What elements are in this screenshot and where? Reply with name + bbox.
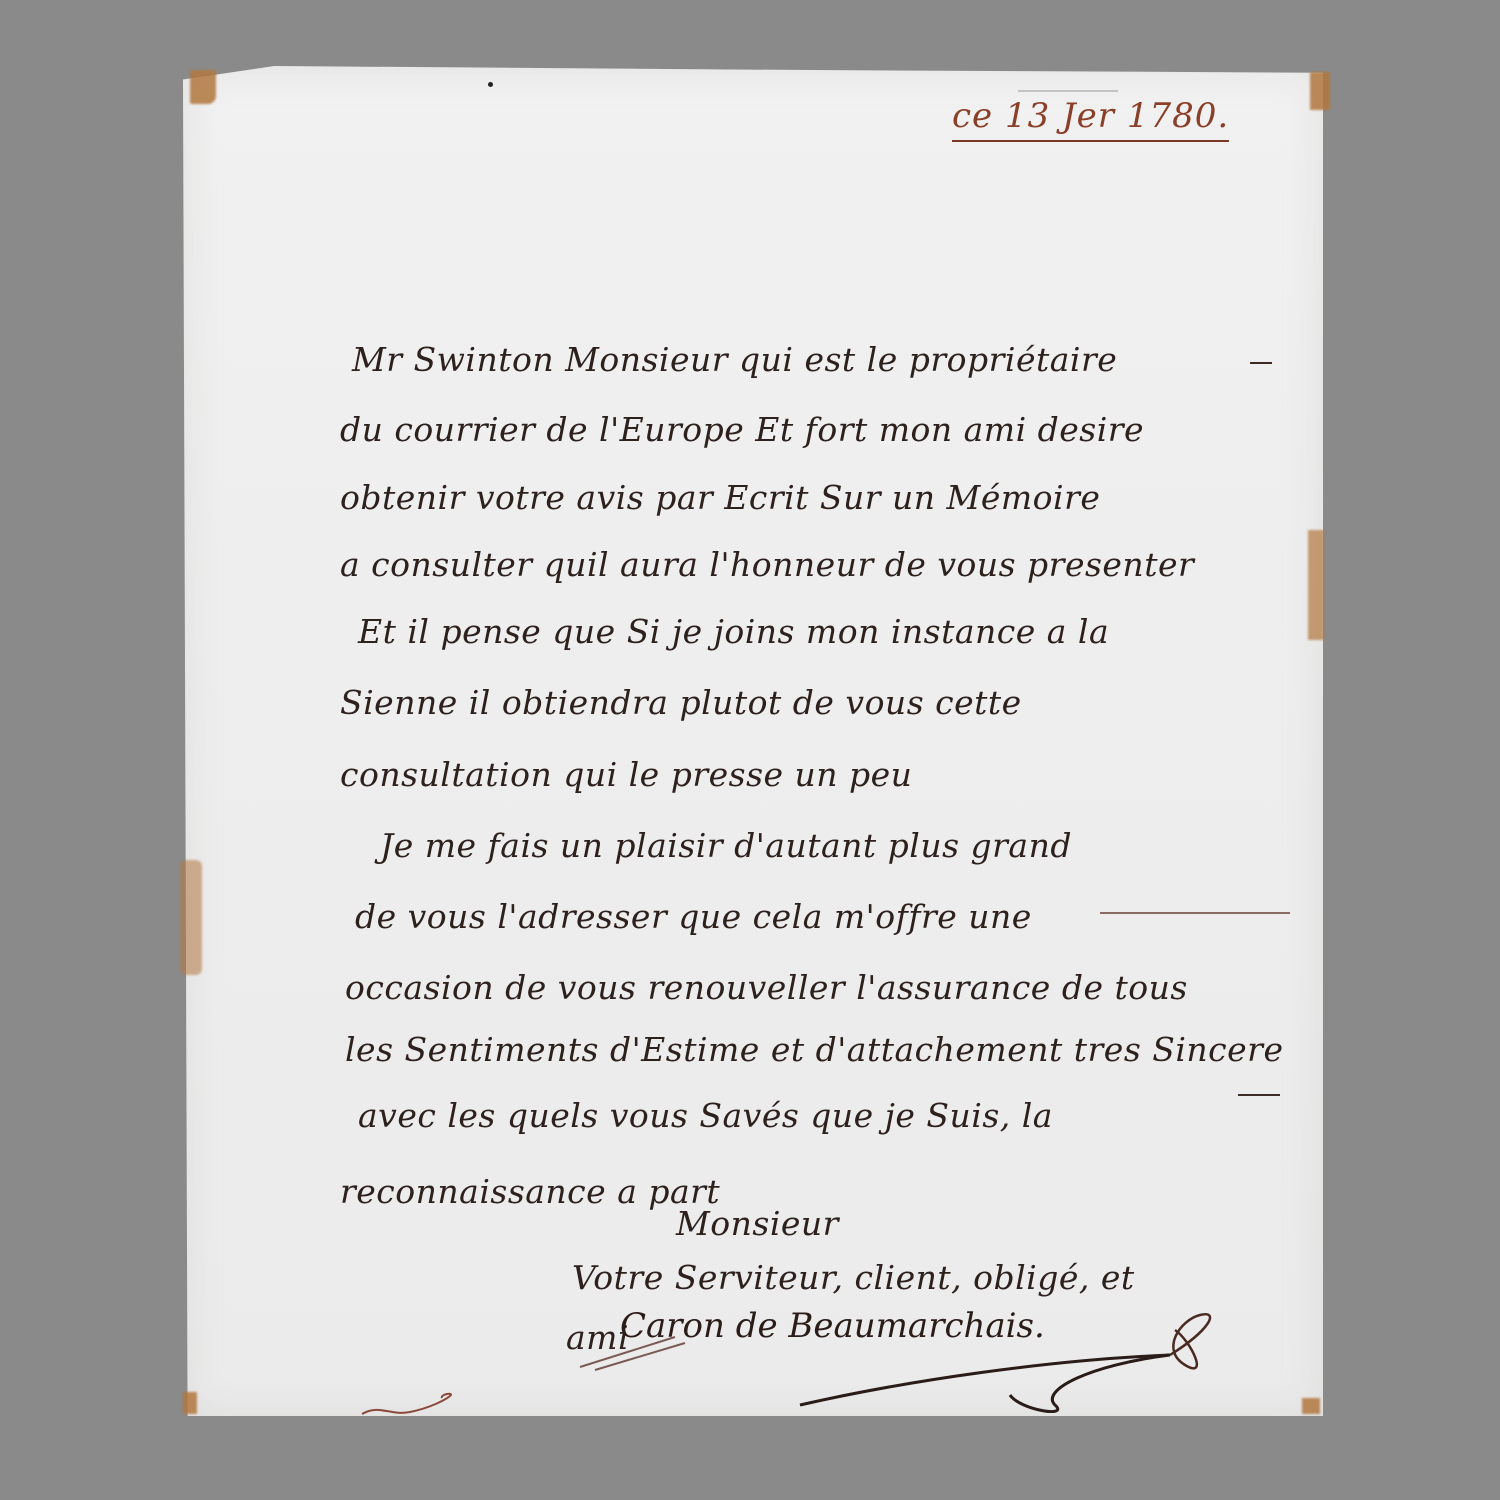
line-fill-stroke bbox=[1100, 912, 1290, 914]
pen-strokes-icon bbox=[575, 1325, 695, 1375]
closing-line: Votre Serviteur, client, obligé, et bbox=[572, 1258, 1135, 1297]
body-line-1: Mr Swinton Monsieur qui est le propriéta… bbox=[352, 340, 1117, 379]
body-line-10: occasion de vous renouveller l'assurance… bbox=[345, 968, 1188, 1007]
signature-flourish-icon bbox=[790, 1310, 1230, 1420]
body-line-5: Et il pense que Si je joins mon instance… bbox=[358, 612, 1109, 651]
body-line-6: Sienne il obtiendra plutot de vous cette bbox=[340, 683, 1022, 722]
bottom-ink-mark-icon bbox=[360, 1390, 460, 1418]
body-line-3: obtenir votre avis par Ecrit Sur un Mémo… bbox=[340, 478, 1100, 517]
body-line-11: les Sentiments d'Estime et d'attachement… bbox=[345, 1030, 1283, 1069]
body-line-4: a consulter quil aura l'honneur de vous … bbox=[340, 545, 1194, 584]
rust-stain-top-left bbox=[190, 70, 216, 104]
rust-stain-left-edge bbox=[180, 860, 202, 975]
body-line-2: du courrier de l'Europe Et fort mon ami … bbox=[340, 410, 1144, 449]
line-end-dash bbox=[1250, 362, 1272, 364]
body-line-12: avec les quels vous Savés que je Suis, l… bbox=[358, 1096, 1053, 1135]
ink-dot bbox=[488, 82, 493, 87]
rust-stain-bottom-left bbox=[183, 1392, 197, 1414]
rust-stain-top-right bbox=[1310, 72, 1330, 110]
body-line-9: de vous l'adresser que cela m'offre une bbox=[355, 897, 1032, 936]
line-end-dash bbox=[1238, 1094, 1280, 1096]
body-line-13: reconnaissance a part bbox=[340, 1172, 720, 1211]
body-line-7: consultation qui le presse un peu bbox=[340, 755, 912, 794]
rust-stain-right-edge bbox=[1308, 530, 1324, 640]
date-overline bbox=[1018, 90, 1118, 92]
rust-stain-bottom-right bbox=[1302, 1398, 1320, 1414]
body-line-8: Je me fais un plaisir d'autant plus gran… bbox=[380, 826, 1072, 865]
letter-date: ce 13 Jer 1780. bbox=[952, 96, 1229, 142]
closing-salutation: Monsieur bbox=[676, 1204, 839, 1243]
